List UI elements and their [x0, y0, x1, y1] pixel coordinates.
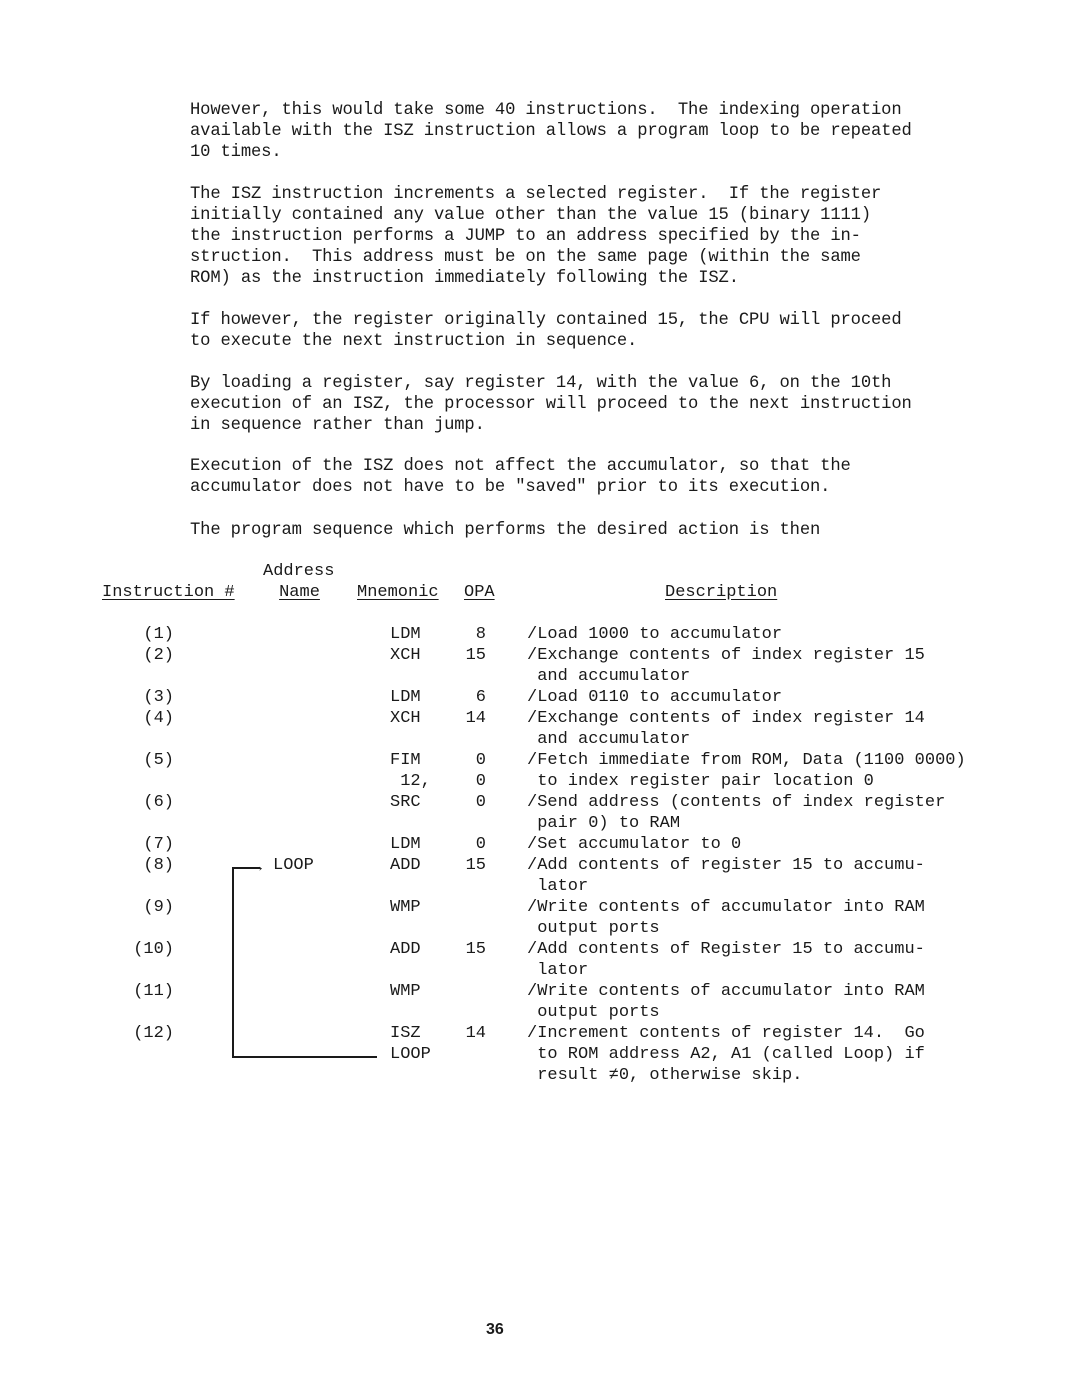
instruction-number: (8)	[94, 855, 174, 876]
instruction-number: (1)	[94, 624, 174, 645]
address-name-loop: LOOP	[273, 855, 314, 876]
opa: 6	[446, 687, 486, 708]
mnemonic: LDM	[390, 624, 421, 645]
description: /Fetch immediate from ROM, Data (1100 00…	[527, 750, 966, 792]
header-instruction: Instruction #	[102, 582, 235, 603]
instruction-number: (5)	[94, 750, 174, 771]
instruction-number: (6)	[94, 792, 174, 813]
mnemonic: LDM	[390, 687, 421, 708]
paragraph-2: The ISZ instruction increments a selecte…	[190, 184, 990, 289]
opa: 15	[446, 855, 486, 876]
opa: 0 0	[446, 750, 486, 792]
opa: 14	[446, 1023, 486, 1044]
description: /Write contents of accumulator into RAM …	[527, 981, 925, 1023]
mnemonic: ADD	[390, 855, 421, 876]
instruction-number: (7)	[94, 834, 174, 855]
mnemonic: XCH	[390, 708, 421, 729]
opa: 8	[446, 624, 486, 645]
description: /Send address (contents of index registe…	[527, 792, 945, 834]
mnemonic: WMP	[390, 897, 421, 918]
mnemonic: ISZ LOOP	[390, 1023, 431, 1065]
opa: 14	[446, 708, 486, 729]
instruction-number: (10)	[94, 939, 174, 960]
description: /Set accumulator to 0	[527, 834, 741, 855]
instruction-number: (3)	[94, 687, 174, 708]
paragraph-6: The program sequence which performs the …	[190, 520, 990, 541]
page-number: 36	[486, 1321, 504, 1339]
header-mnemonic: Mnemonic	[357, 582, 439, 603]
instruction-number: (4)	[94, 708, 174, 729]
header-description: Description	[665, 582, 777, 603]
instruction-number: (2)	[94, 645, 174, 666]
paragraph-1: However, this would take some 40 instruc…	[190, 100, 990, 163]
mnemonic: SRC	[390, 792, 421, 813]
header-opa: OPA	[464, 582, 495, 603]
header-address-top: Address	[263, 561, 334, 582]
mnemonic: ADD	[390, 939, 421, 960]
description: /Increment contents of register 14. Go t…	[527, 1023, 925, 1086]
paragraph-5: Execution of the ISZ does not affect the…	[190, 456, 990, 498]
description: /Exchange contents of index register 14 …	[527, 708, 925, 750]
instruction-number: (12)	[94, 1023, 174, 1044]
opa: 0	[446, 834, 486, 855]
header-address-name: Name	[263, 582, 336, 603]
description: /Add contents of register 15 to accumu- …	[527, 855, 925, 897]
mnemonic: WMP	[390, 981, 421, 1002]
description: /Load 1000 to accumulator	[527, 624, 782, 645]
paragraph-4: By loading a register, say register 14, …	[190, 373, 990, 436]
description: /Load 0110 to accumulator	[527, 687, 782, 708]
mnemonic: XCH	[390, 645, 421, 666]
opa: 15	[446, 939, 486, 960]
description: /Exchange contents of index register 15 …	[527, 645, 925, 687]
description: /Add contents of Register 15 to accumu- …	[527, 939, 925, 981]
opa: 0	[446, 792, 486, 813]
opa: 15	[446, 645, 486, 666]
description: /Write contents of accumulator into RAM …	[527, 897, 925, 939]
mnemonic: LDM	[390, 834, 421, 855]
mnemonic: FIM 12,	[390, 750, 431, 792]
instruction-number: (11)	[94, 981, 174, 1002]
arrow-right-icon: →	[253, 857, 262, 878]
paragraph-3: If however, the register originally cont…	[190, 310, 990, 352]
instruction-number: (9)	[94, 897, 174, 918]
